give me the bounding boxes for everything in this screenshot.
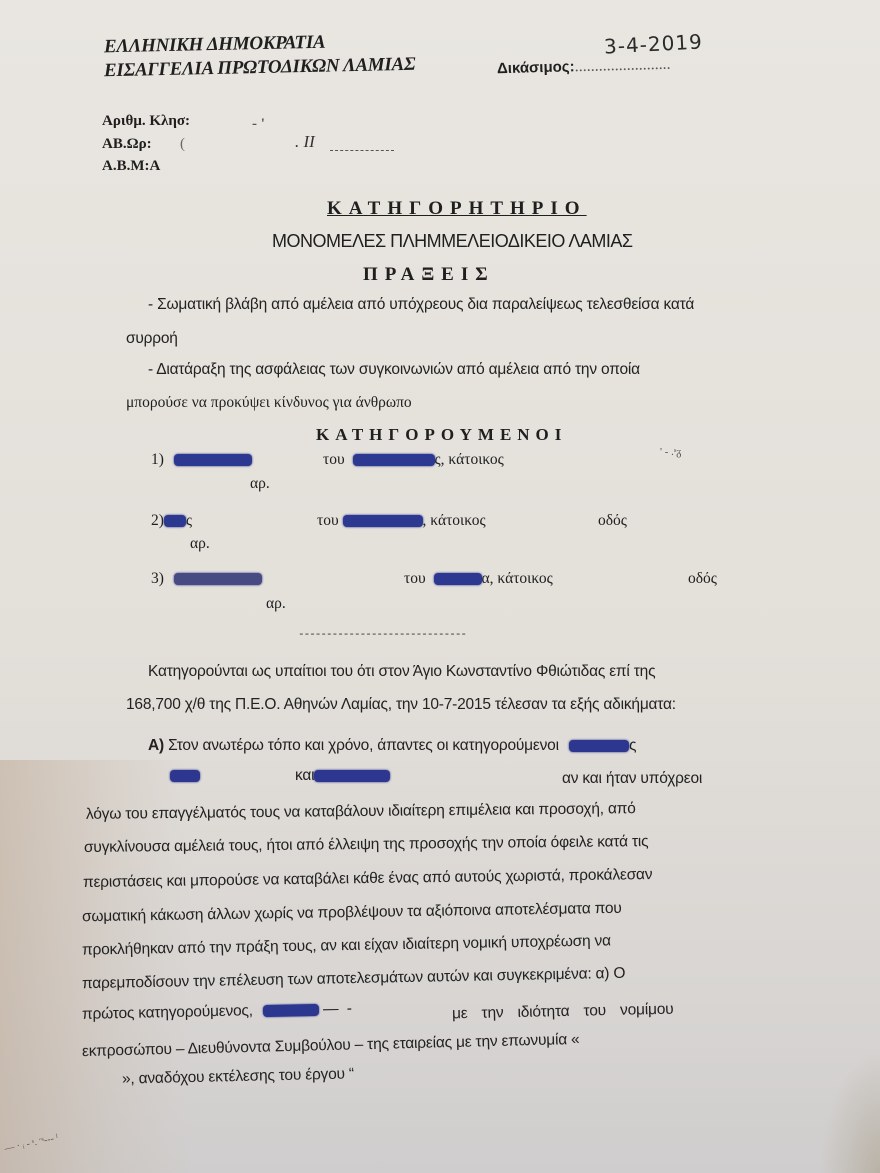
defendant-1-ar: αρ.	[250, 475, 270, 493]
defendant-3: 3)	[151, 570, 262, 588]
defendant-2-ar: αρ.	[190, 535, 210, 553]
ab-or-value: (	[180, 136, 185, 153]
defendant-2-name-suffix: ς	[186, 512, 192, 529]
act-1-line-2: συρροή	[126, 330, 178, 348]
charge-a-line-1: Α) Στον ανωτέρω τόπο και χρόνο, άπαντες …	[148, 737, 636, 755]
intro-line-1: Κατηγορούνται ως υπαίτιοι του ότι στον Ά…	[148, 663, 655, 681]
defendant-3-street: οδός	[688, 570, 717, 588]
defendant-1-residence: ς, κάτοικος	[435, 451, 504, 468]
first-defendant-prefix: πρώτος κατηγορούμενος,	[82, 1002, 253, 1023]
charge-a-text: Στον ανωτέρω τόπο και χρόνο, άπαντες οι …	[168, 737, 559, 754]
hearing-date-handwritten: 3-4-2019	[603, 29, 703, 58]
redaction-mark	[434, 573, 482, 585]
defendant-3-ar: αρ.	[266, 595, 286, 613]
defendant-1-number: 1)	[151, 451, 164, 468]
header-prosecutor: ΕΙΣΑΓΓΕΛΙΑ ΠΡΩΤΟΔΙΚΩΝ ΛΑΜΙΑΣ	[104, 54, 416, 83]
redaction-mark	[353, 454, 435, 466]
case-number-value: - '	[252, 116, 265, 133]
redaction-mark	[569, 740, 629, 752]
redaction-mark	[343, 515, 423, 527]
hearing-label: Δικάσιμος:	[497, 58, 575, 77]
charge-a-line-2-and: και	[295, 767, 390, 785]
charge-a-label: Α)	[148, 737, 164, 754]
defendant-3-number: 3)	[151, 570, 164, 587]
defendant-2: 2)ς	[151, 512, 192, 530]
defendant-1: 1)	[151, 451, 252, 469]
defendant-2-residence: , κάτοικος	[423, 512, 486, 529]
redaction-mark	[164, 515, 186, 527]
charge-a-line-2-end: αν και ήταν υπόχρεοι	[562, 770, 702, 788]
defendant-2-father: του , κάτοικος	[317, 512, 486, 530]
defendant-3-of: του	[404, 570, 426, 587]
section-separator: ------------------------------	[298, 629, 466, 641]
act-1-line-1: - Σωματική βλάβη από αμέλεια από υπόχρεο…	[148, 296, 694, 314]
defendant-1-of: του	[323, 451, 345, 468]
act-2-line-2: μπορούσε να προκύψει κίνδυνος για άνθρωπ…	[126, 394, 412, 412]
charge-a-and: και	[295, 767, 314, 784]
hearing-dotted-line: ........................	[574, 56, 670, 76]
scribble-mark: ' - .ˢᵹ	[660, 446, 681, 458]
redaction-mark	[170, 770, 200, 782]
ab-or-label: ΑΒ.Ωρ:	[102, 136, 152, 153]
first-defendant-suffix: με την ιδιότητα του νομίμου	[452, 1001, 674, 1024]
defendant-1-father: του ς, κάτοικος	[323, 451, 504, 469]
document-page: ΕΛΛΗΝΙΚΗ ΔΗΜΟΚΡΑΤΙΑ ΕΙΣΑΓΓΕΛΙΑ ΠΡΩΤΟΔΙΚΩ…	[0, 0, 880, 1173]
act-2-line-1: - Διατάραξη της ασφάλειας των συγκοινωνι…	[148, 361, 640, 379]
defendants-title: ΚΑΤΗΓΟΡΟΥΜΕΝΟΙ	[316, 425, 567, 445]
defendant-3-father: του α, κάτοικος	[404, 570, 553, 588]
document-title: ΚΑΤΗΓΟΡΗΤΗΡΙΟ	[327, 198, 587, 220]
defendant-2-street: οδός	[598, 512, 627, 530]
abm-label: Α.Β.Μ:Α	[102, 158, 160, 175]
case-number-label: Αριθμ. Κλησ:	[102, 113, 190, 130]
ab-or-underline	[330, 150, 394, 151]
charge-a-line1-suffix: ς	[629, 737, 636, 754]
redaction-mark	[314, 770, 390, 782]
header-republic: ΕΛΛΗΝΙΚΗ ΔΗΜΟΚΡΑΤΙΑ	[104, 32, 326, 59]
acts-title: ΠΡΑΞΕΙΣ	[363, 264, 495, 286]
page-shadow	[820, 1050, 880, 1173]
charge-a-line-2	[170, 767, 200, 785]
redaction-mark	[174, 454, 252, 466]
ab-or-extra: . ΙΙ	[295, 132, 315, 152]
defendant-2-number: 2)	[151, 512, 164, 529]
redaction-mark	[174, 573, 262, 585]
redaction-mark	[263, 1004, 319, 1017]
hearing-date-field: Δικάσιμος:........................	[497, 56, 671, 79]
charge-a-contractor-line: », αναδόχου εκτέλεσης του έργου “	[122, 1065, 354, 1088]
intro-line-2: 168,700 χ/θ της Π.Ε.Ο. Αθηνών Λαμίας, τη…	[126, 696, 676, 714]
defendant-2-of: του	[317, 512, 339, 529]
defendant-3-residence: α, κάτοικος	[482, 570, 553, 587]
court-name: ΜΟΝΟΜΕΛΕΣ ΠΛΗΜΜΕΛΕΙΟΔΙΚΕΙΟ ΛΑΜΙΑΣ	[272, 231, 633, 252]
